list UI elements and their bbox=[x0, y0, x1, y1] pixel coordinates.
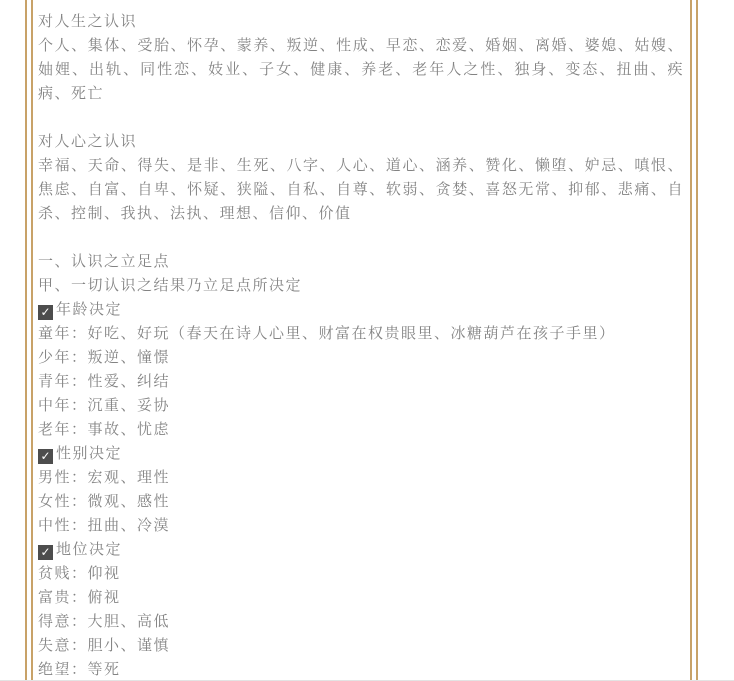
list-item: 贫贱：仰视 bbox=[38, 562, 684, 586]
list-item: 中性：扭曲、冷漠 bbox=[38, 514, 684, 538]
section-standpoint: 一、认识之立足点 甲、一切认识之结果乃立足点所决定 ✓年龄决定 童年：好吃、好玩… bbox=[38, 250, 684, 681]
checked-checkbox-icon[interactable]: ✓ bbox=[38, 305, 53, 320]
list-item: 老年：事故、忧虑 bbox=[38, 418, 684, 442]
section-standpoint-heading: 一、认识之立足点 bbox=[38, 250, 684, 274]
group-age: ✓年龄决定 bbox=[38, 298, 684, 322]
group-age-label: 年龄决定 bbox=[56, 301, 122, 318]
list-item: 绝望：等死 bbox=[38, 658, 684, 681]
list-item: 得意：大胆、高低 bbox=[38, 610, 684, 634]
group-status-label: 地位决定 bbox=[56, 541, 122, 558]
list-item: 童年：好吃、好玩（春天在诗人心里、财富在权贵眼里、冰糖葫芦在孩子手里） bbox=[38, 322, 684, 346]
section-life: 对人生之认识 个人、集体、受胎、怀孕、蒙养、叛逆、性成、早恋、恋爱、婚姻、离婚、… bbox=[38, 10, 684, 106]
list-item: 中年：沉重、妥协 bbox=[38, 394, 684, 418]
section-heart-heading: 对人心之认识 bbox=[38, 130, 684, 154]
group-status: ✓地位决定 bbox=[38, 538, 684, 562]
check-icon: ✓ bbox=[38, 305, 53, 320]
group-gender: ✓性别决定 bbox=[38, 442, 684, 466]
checked-checkbox-icon[interactable]: ✓ bbox=[38, 449, 53, 464]
section-standpoint-subheading: 甲、一切认识之结果乃立足点所决定 bbox=[38, 274, 684, 298]
list-item: 少年：叛逆、憧憬 bbox=[38, 346, 684, 370]
list-item: 女性：微观、感性 bbox=[38, 490, 684, 514]
page-frame-outer: 对人生之认识 个人、集体、受胎、怀孕、蒙养、叛逆、性成、早恋、恋爱、婚姻、离婚、… bbox=[25, 0, 698, 681]
section-heart: 对人心之认识 幸福、天命、得失、是非、生死、八字、人心、道心、涵养、赞化、懒堕、… bbox=[38, 130, 684, 226]
page-frame-inner: 对人生之认识 个人、集体、受胎、怀孕、蒙养、叛逆、性成、早恋、恋爱、婚姻、离婚、… bbox=[31, 0, 692, 681]
list-item: 富贵：俯视 bbox=[38, 586, 684, 610]
list-item: 男性：宏观、理性 bbox=[38, 466, 684, 490]
checked-checkbox-icon[interactable]: ✓ bbox=[38, 545, 53, 560]
section-life-heading: 对人生之认识 bbox=[38, 10, 684, 34]
list-item: 青年：性爱、纠结 bbox=[38, 370, 684, 394]
section-heart-body: 幸福、天命、得失、是非、生死、八字、人心、道心、涵养、赞化、懒堕、妒忌、嗔恨、焦… bbox=[38, 157, 684, 222]
document-body: 对人生之认识 个人、集体、受胎、怀孕、蒙养、叛逆、性成、早恋、恋爱、婚姻、离婚、… bbox=[33, 0, 690, 681]
section-life-body: 个人、集体、受胎、怀孕、蒙养、叛逆、性成、早恋、恋爱、婚姻、离婚、婆媳、姑嫂、妯… bbox=[38, 37, 684, 102]
list-item: 失意：胆小、谨慎 bbox=[38, 634, 684, 658]
group-gender-label: 性别决定 bbox=[56, 445, 122, 462]
check-icon: ✓ bbox=[38, 545, 53, 560]
check-icon: ✓ bbox=[38, 449, 53, 464]
